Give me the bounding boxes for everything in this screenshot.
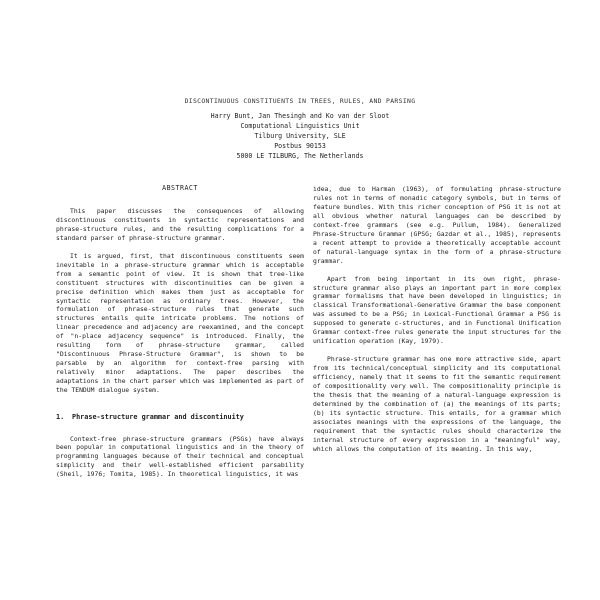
body-paragraph: Phrase-structure grammar has one more at… <box>313 355 561 453</box>
affiliation-postbox: Postbus 90153 <box>0 141 600 151</box>
affiliation-university: Tilburg University, SLE <box>0 131 600 141</box>
abstract-paragraph: It is argued, first, that discontinuous … <box>56 252 304 395</box>
left-column: ABSTRACT This paper discusses the conseq… <box>56 184 304 479</box>
body-paragraph: idea, due to Harman (1963), of formulati… <box>313 185 561 266</box>
paper-title: DISCONTINUOUS CONSTITUENTS IN TREES, RUL… <box>0 97 600 105</box>
section-number: 1. <box>56 413 72 423</box>
affiliation-city: 5000 LE TILBURG, The Netherlands <box>0 151 600 161</box>
section-heading: 1. Phrase-structure grammar and disconti… <box>56 413 304 423</box>
author-names: Harry Bunt, Jan Thesingh and Ko van der … <box>0 111 600 121</box>
author-block: Harry Bunt, Jan Thesingh and Ko van der … <box>0 111 600 161</box>
affiliation-unit: Computational Linguistics Unit <box>0 121 600 131</box>
abstract-heading: ABSTRACT <box>56 184 304 193</box>
right-column: idea, due to Harman (1963), of formulati… <box>313 185 561 454</box>
section-title: Phrase-structure grammar and discontinui… <box>72 413 304 423</box>
abstract-paragraph: This paper discusses the consequences of… <box>56 207 304 243</box>
body-paragraph: Apart from being important in its own ri… <box>313 275 561 347</box>
body-paragraph: Context-free phrase-structure grammars (… <box>56 435 304 480</box>
